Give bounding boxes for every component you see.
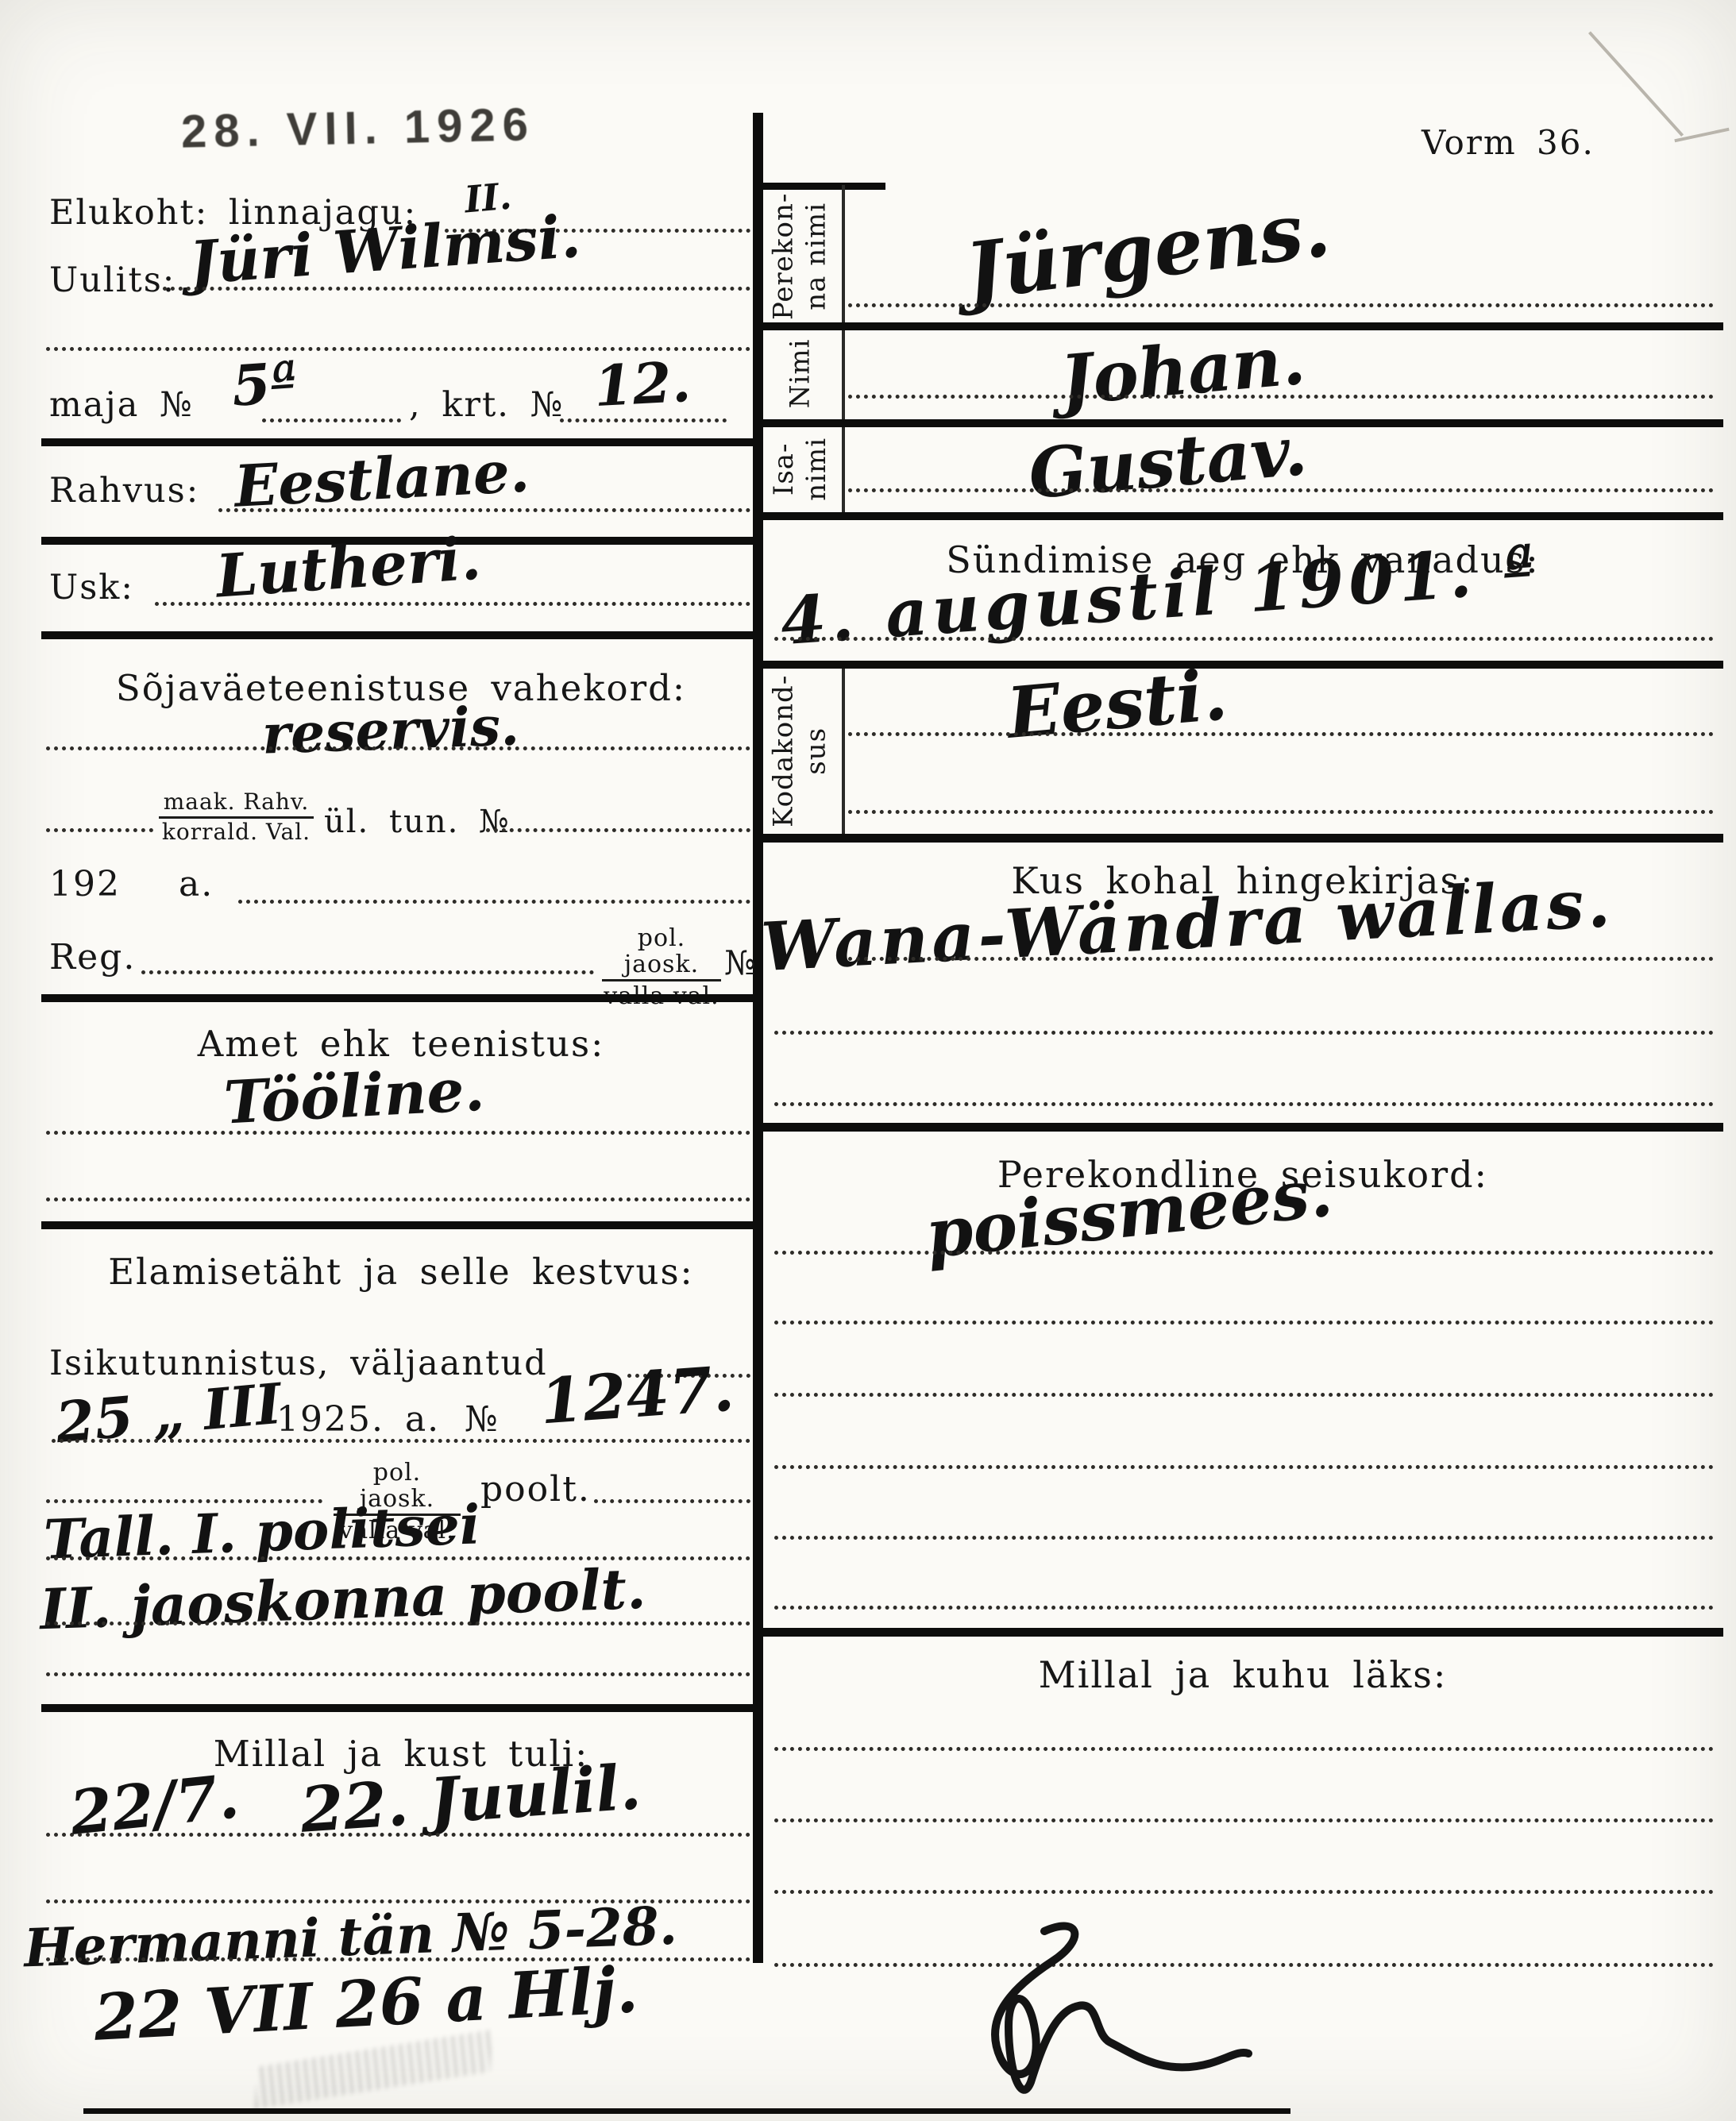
dotted-line bbox=[46, 828, 153, 832]
isik-no-label: № bbox=[465, 1399, 500, 1440]
isik-no-handwriting: 1247. bbox=[538, 1353, 736, 1439]
dotted-line bbox=[774, 1321, 1714, 1325]
amet-value-handwriting: Tööline. bbox=[222, 1055, 486, 1137]
rule-line bbox=[41, 1221, 753, 1229]
rule-line bbox=[41, 631, 753, 639]
dotted-line bbox=[774, 1251, 1714, 1255]
aasta-a-label: a. bbox=[179, 864, 214, 904]
dotted-line bbox=[774, 1536, 1714, 1540]
dotted-line bbox=[848, 957, 1714, 961]
dotted-line bbox=[774, 1465, 1714, 1469]
korrald-val-label: korrald. Val. bbox=[159, 819, 314, 845]
aasta-label: 192 bbox=[49, 864, 121, 904]
dotted-line bbox=[848, 395, 1714, 399]
dotted-line bbox=[46, 1957, 750, 1961]
dotted-line bbox=[155, 602, 750, 606]
amet-header: Amet ehk teenistus: bbox=[48, 1023, 754, 1065]
ul-tun-label: ül. tun. № bbox=[324, 804, 511, 840]
usk-label: Usk: bbox=[49, 568, 134, 607]
dotted-line bbox=[774, 1890, 1714, 1894]
dotted-line bbox=[218, 508, 750, 512]
label-cell-line bbox=[842, 669, 845, 834]
kodakondsus-label: Kodakond- sus bbox=[768, 675, 833, 827]
dotted-line bbox=[46, 1622, 750, 1625]
registration-card-scan: 28. VII. 1926 Vorm 36. Elukoht: linnajag… bbox=[0, 0, 1736, 2121]
dotted-line bbox=[848, 732, 1714, 736]
maak-rahv-label: maak. Rahv. bbox=[159, 790, 314, 819]
poolt-label: poolt. bbox=[480, 1469, 591, 1510]
dotted-line bbox=[848, 810, 1714, 814]
isanimi-label: Isa- nimi bbox=[768, 438, 833, 501]
maja-value-handwriting: 5ª bbox=[230, 349, 299, 419]
dotted-line bbox=[594, 1499, 750, 1503]
dotted-line bbox=[774, 637, 1714, 641]
dotted-line bbox=[774, 1606, 1714, 1610]
uulits-label: Uulits: bbox=[49, 260, 176, 300]
dotted-line bbox=[486, 828, 750, 832]
rule-line bbox=[41, 994, 753, 1002]
form-number: Vorm 36. bbox=[1422, 123, 1595, 162]
perekonnanimi-value-handwriting: Jürgens. bbox=[961, 183, 1335, 318]
label-cell-line bbox=[842, 185, 845, 324]
dotted-line bbox=[774, 1747, 1714, 1751]
dotted-line bbox=[46, 1672, 750, 1676]
dotted-line bbox=[774, 1393, 1714, 1397]
rule-line bbox=[753, 1123, 1723, 1132]
isikutunnistus-label: Isikutunnistus, väljaantud bbox=[49, 1344, 548, 1383]
rule-line bbox=[753, 512, 1723, 520]
label-cell-line bbox=[842, 330, 845, 419]
elamisetaht-header: Elamisetäht ja selle kestvus: bbox=[48, 1251, 754, 1293]
nimi-label: Nimi bbox=[784, 338, 816, 408]
rule-line bbox=[41, 1704, 753, 1712]
dotted-line bbox=[46, 746, 750, 750]
sojavae-value-handwriting: reservis. bbox=[261, 694, 520, 766]
rahvus-label: Rahvus: bbox=[49, 471, 199, 511]
krt-value-handwriting: 12. bbox=[592, 349, 692, 419]
dotted-line bbox=[848, 488, 1714, 492]
krt-label: , krt. № bbox=[409, 385, 564, 425]
perekonnanimi-label: Perekon- na nimi bbox=[768, 193, 833, 320]
dotted-line bbox=[52, 1439, 750, 1443]
isik-year: 1925. a. bbox=[276, 1399, 440, 1440]
maja-label: maja № bbox=[49, 385, 194, 425]
dotted-line bbox=[46, 1197, 750, 1201]
dotted-line bbox=[46, 1131, 750, 1135]
rule-line bbox=[753, 1628, 1723, 1637]
rule-line bbox=[753, 661, 1723, 669]
dotted-line bbox=[774, 1031, 1714, 1035]
dotted-line bbox=[262, 418, 401, 422]
signature-flourish bbox=[889, 1914, 1302, 2120]
dotted-line bbox=[238, 900, 750, 904]
reg-no-label: № bbox=[724, 943, 758, 982]
dotted-line bbox=[46, 1833, 750, 1837]
dotted-line bbox=[774, 1818, 1714, 1822]
pol-jaosk-label: pol. jaosk. bbox=[602, 925, 721, 981]
dotted-line bbox=[560, 418, 727, 422]
rule-line bbox=[753, 834, 1723, 843]
nimi-value-handwriting: Johan. bbox=[1057, 320, 1308, 422]
label-cell-line bbox=[842, 427, 845, 512]
dotted-line bbox=[141, 970, 594, 974]
dotted-line bbox=[163, 287, 750, 291]
laks-header: Millal ja kuhu läks: bbox=[762, 1653, 1723, 1696]
dotted-line bbox=[46, 1556, 750, 1560]
paper-crease bbox=[1588, 31, 1684, 137]
dotted-line bbox=[774, 1102, 1714, 1106]
reg-label: Reg. bbox=[49, 937, 136, 978]
date-stamp: 28. VII. 1926 bbox=[180, 98, 535, 158]
dotted-line bbox=[848, 303, 1714, 307]
